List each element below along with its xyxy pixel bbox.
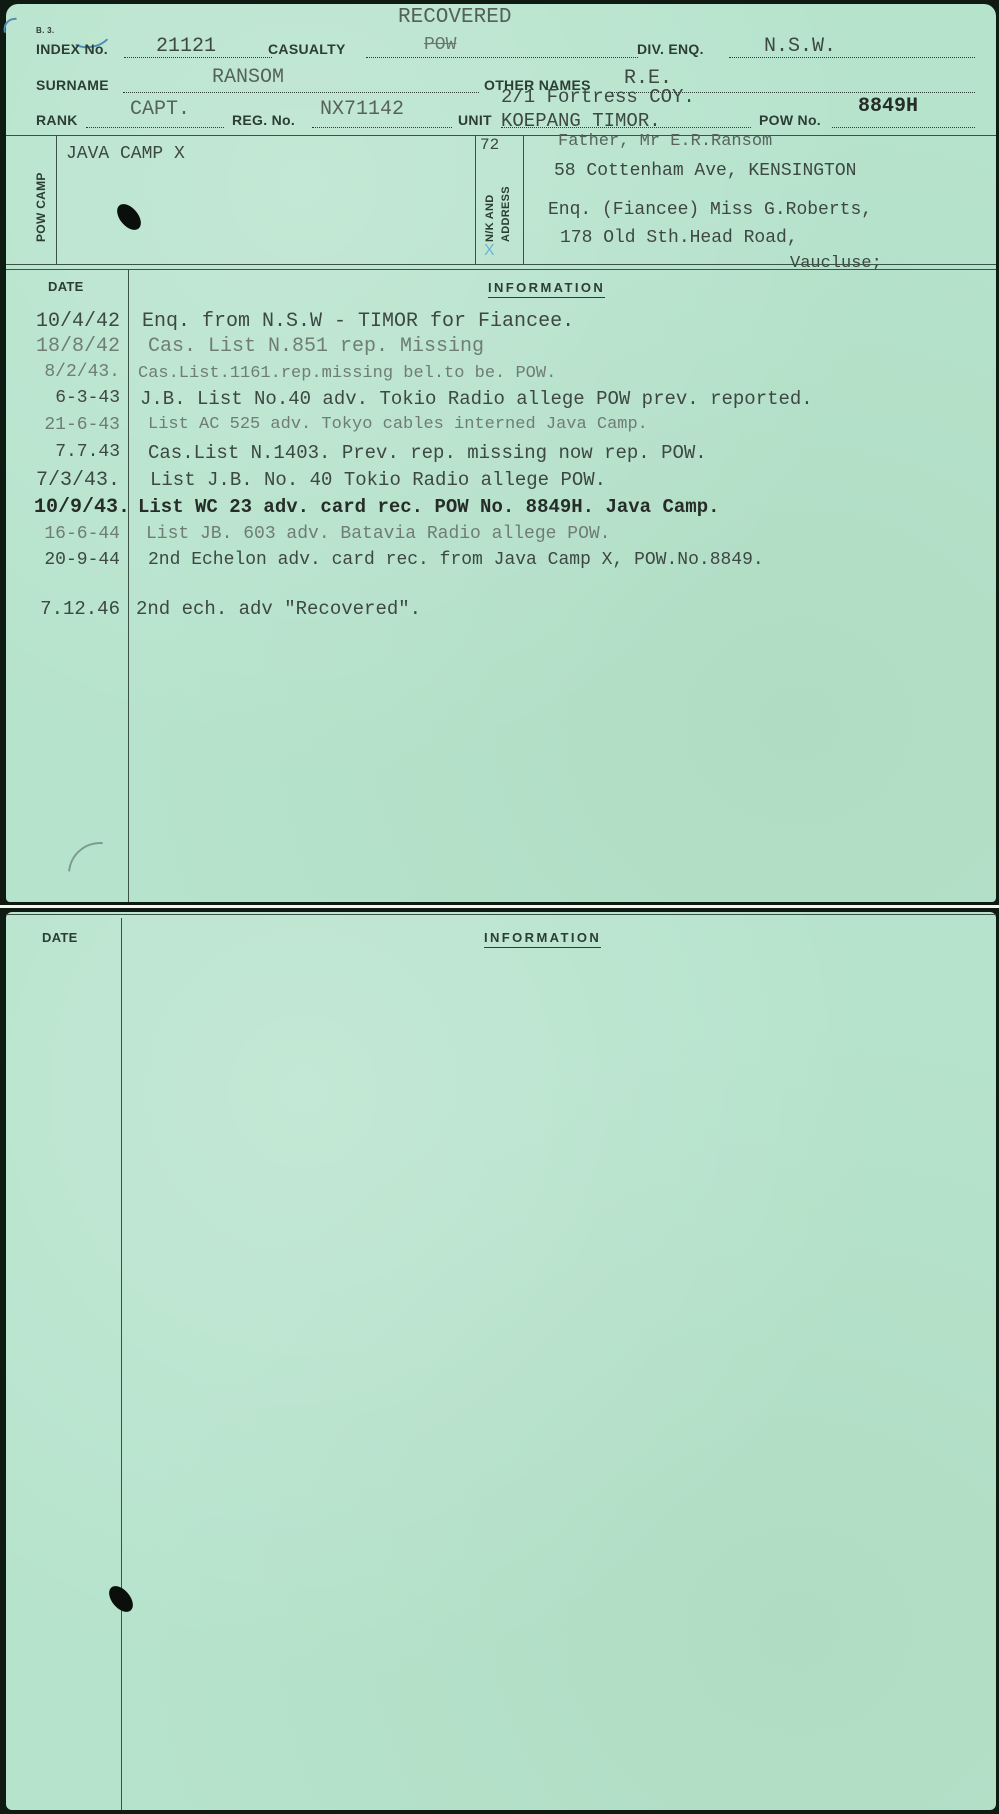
surname-value: RANSOM	[212, 66, 284, 89]
pow-no-label: POW No.	[759, 112, 821, 128]
rank-value: CAPT.	[130, 98, 190, 121]
pow-no-value: 8849H	[858, 95, 918, 118]
log-date: 7/3/43.	[2, 469, 120, 492]
punch-hole	[104, 1582, 137, 1617]
log-date: 8/2/43.	[2, 362, 120, 382]
nk-label-line2: ADDRESS	[500, 186, 512, 242]
rank-label: RANK	[36, 112, 78, 128]
log-text: Cas.List N.1403. Prev. rep. missing now …	[148, 442, 707, 464]
nk-line: Father, Mr E.R.Ransom	[558, 132, 772, 151]
log-text: J.B. List No.40 adv. Tokio Radio allege …	[140, 388, 813, 410]
log-date: 10/9/43.	[12, 496, 130, 519]
punch-hole	[112, 200, 145, 235]
form-code: B. 3.	[36, 26, 54, 35]
log-date: 18/8/42	[2, 335, 120, 358]
log-date: 6-3-43	[2, 388, 120, 408]
information-header: INFORMATION	[488, 280, 605, 298]
log-date: 16-6-44	[2, 524, 120, 544]
log-text: Cas. List N.851 rep. Missing	[148, 335, 484, 358]
nk-line: 58 Cottenham Ave, KENSINGTON	[554, 161, 856, 181]
log-text: List JB. 603 adv. Batavia Radio allege P…	[146, 524, 610, 544]
log-text: 2nd Echelon adv. card rec. from Java Cam…	[148, 550, 764, 570]
log-text: Enq. from N.S.W - TIMOR for Fiancee.	[142, 310, 574, 333]
surname-label: SURNAME	[36, 77, 109, 93]
log-date: 10/4/42	[2, 310, 120, 333]
pow-camp-value: JAVA CAMP X	[66, 144, 185, 164]
log-date: 20-9-44	[2, 550, 120, 570]
record-card-back: DATE INFORMATION	[6, 912, 996, 1810]
casualty-label: CASUALTY	[268, 41, 346, 57]
log-text: 2nd ech. adv "Recovered".	[136, 598, 421, 620]
nk-pen-mark: X	[484, 242, 495, 260]
log-text: List WC 23 adv. card rec. POW No. 8849H.…	[138, 496, 720, 518]
log-text: Cas.List.1161.rep.missing bel.to be. POW…	[138, 364, 556, 383]
log-date: 21-6-43	[2, 415, 120, 435]
log-date: 7.7.43	[2, 442, 120, 462]
casualty-value: POW	[424, 35, 456, 55]
nk-code: 72	[480, 136, 499, 154]
div-enq-value: N.S.W.	[764, 35, 836, 58]
reg-no-value: NX71142	[320, 98, 404, 121]
log-text: List AC 525 adv. Tokyo cables interned J…	[148, 415, 648, 434]
information-header: INFORMATION	[484, 930, 601, 948]
index-no-value: 21121	[156, 35, 216, 58]
pow-camp-label: POW CAMP	[34, 172, 48, 242]
index-no-label: INDEX No.	[36, 41, 108, 57]
nk-line: 178 Old Sth.Head Road,	[560, 228, 798, 248]
nk-line: Enq. (Fiancee) Miss G.Roberts,	[548, 200, 872, 220]
log-date: 7.12.46	[2, 598, 120, 620]
card-divider	[0, 905, 999, 908]
nk-label-line1: N/K AND	[484, 194, 496, 242]
unit-value-line1: 2/1 Fortress COY.	[501, 86, 695, 108]
reg-no-label: REG. No.	[232, 112, 295, 128]
log-text: List J.B. No. 40 Tokio Radio allege POW.	[150, 469, 606, 491]
unit-value-line2: KOEPANG TIMOR.	[501, 110, 661, 132]
date-header: DATE	[42, 930, 78, 945]
div-enq-label: DIV. ENQ.	[637, 41, 704, 57]
date-header: DATE	[48, 279, 84, 294]
status-stamp: RECOVERED	[398, 6, 511, 29]
unit-label: UNIT	[458, 112, 492, 128]
record-card-front: B. 3. RECOVERED INDEX No. 21121 CASUALTY…	[6, 4, 996, 902]
